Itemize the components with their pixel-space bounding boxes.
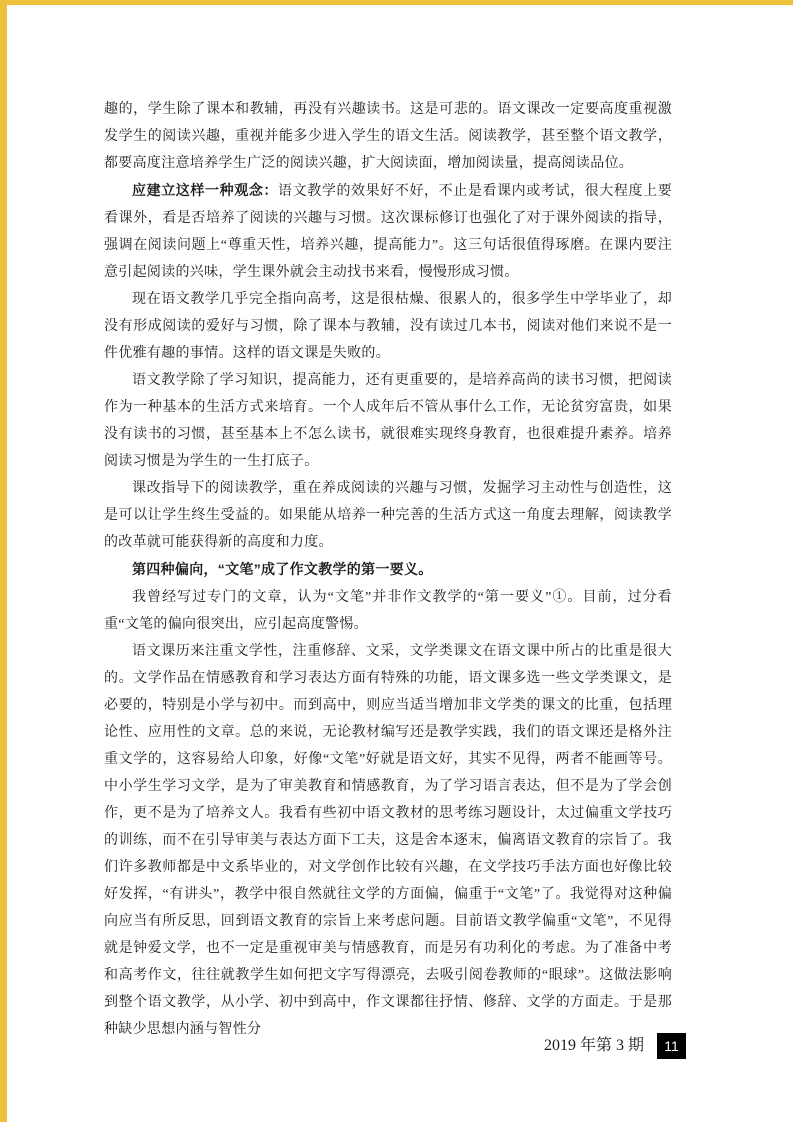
body-text: 课改指导下的阅读教学，重在养成阅读的兴趣与习惯，发掘学习主动性与创造性，这是可以… — [104, 481, 672, 550]
body-text: 趣的，学生除了课本和教辅，再没有兴趣读书。这是可悲的。语文课改一定要高度重视激发… — [104, 102, 672, 171]
paragraph: 我曾经写过专门的文章，认为“文笔”并非作文教学的“第一要义”①。目前，过分看重“… — [104, 584, 672, 638]
paragraph: 语文课历来注重文学性，注重修辞、文采，文学类课文在语文课中所占的比重是很大的。文… — [104, 638, 672, 1043]
body-text: 我曾经写过专门的文章，认为“文笔”并非作文教学的“第一要义”①。目前，过分看重“… — [104, 590, 672, 632]
page-accent-border-top — [0, 0, 793, 5]
paragraph: 现在语文教学几乎完全指向高考，这是很枯燥、很累人的，很多学生中学毕业了，却没有形… — [104, 286, 672, 367]
paragraph: 语文教学除了学习知识，提高能力，还有更重要的，是培养高尚的读书习惯，把阅读作为一… — [104, 367, 672, 475]
page-footer: 2019 年第 3 期 11 — [544, 1033, 686, 1059]
issue-label: 2019 年第 3 期 — [544, 1033, 644, 1059]
body-text: 语文教学除了学习知识，提高能力，还有更重要的，是培养高尚的读书习惯，把阅读作为一… — [104, 373, 672, 469]
article-body: 趣的，学生除了课本和教辅，再没有兴趣读书。这是可悲的。语文课改一定要高度重视激发… — [104, 96, 672, 1043]
body-text: 语文教学的效果好不好，不止是看课内或考试，很大程度上要看课外，看是否培养了阅读的… — [104, 184, 672, 280]
paragraph: 趣的，学生除了课本和教辅，再没有兴趣读书。这是可悲的。语文课改一定要高度重视激发… — [104, 96, 672, 177]
page-accent-border-left — [0, 0, 7, 1122]
paragraph: 应建立这样一种观念：语文教学的效果好不好，不止是看课内或考试，很大程度上要看课外… — [104, 177, 672, 286]
paragraph: 第四种偏向，“文笔”成了作文教学的第一要义。 — [104, 556, 672, 584]
paragraph: 课改指导下的阅读教学，重在养成阅读的兴趣与习惯，发掘学习主动性与创造性，这是可以… — [104, 475, 672, 556]
body-text: 现在语文教学几乎完全指向高考，这是很枯燥、很累人的，很多学生中学毕业了，却没有形… — [104, 292, 672, 361]
bold-text: 应建立这样一种观念： — [132, 182, 278, 198]
page-number-badge: 11 — [657, 1033, 686, 1059]
document-page: 趣的，学生除了课本和教辅，再没有兴趣读书。这是可悲的。语文课改一定要高度重视激发… — [0, 0, 793, 1122]
bold-text: 第四种偏向，“文笔”成了作文教学的第一要义。 — [132, 561, 433, 577]
body-text: 语文课历来注重文学性，注重修辞、文采，文学类课文在语文课中所占的比重是很大的。文… — [104, 644, 672, 1037]
